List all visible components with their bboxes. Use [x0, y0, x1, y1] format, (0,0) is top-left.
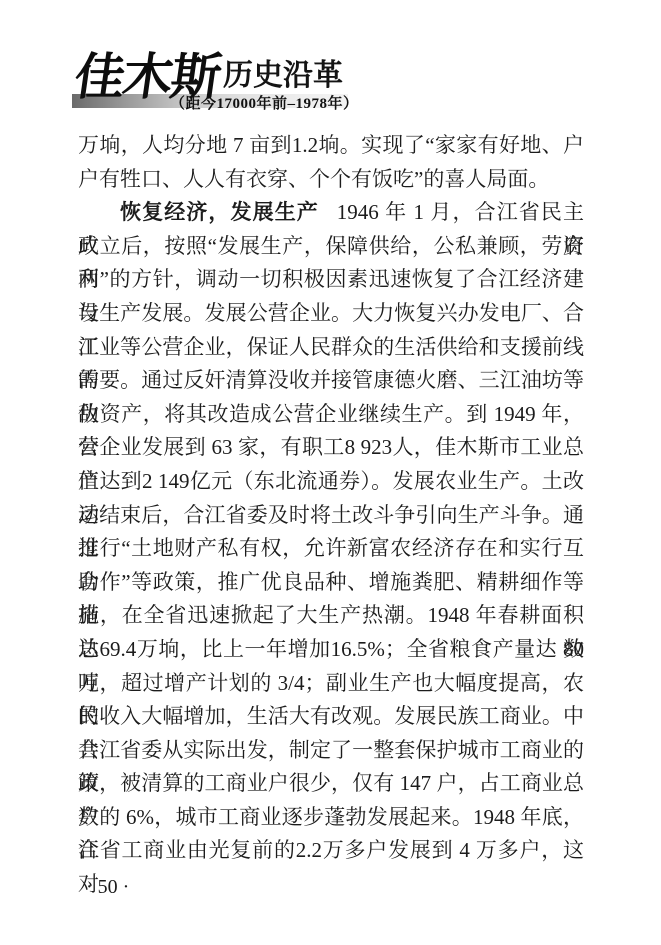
text-line: 数的 6%，城市工商业逐步蓬勃发展起来。1948 年底，合 — [78, 801, 584, 835]
text-line: 施，在全省迅速掀起了大生产热潮。1948 年春耕面积总数 — [78, 599, 584, 633]
text-line: 万垧，人均分地 7 亩到1.2垧。实现了“家家有好地、户 — [78, 129, 584, 163]
text-line: 值达到2 149亿元（东北流通券）。发展农业生产。土改运 — [78, 465, 584, 499]
book-page: 佳木斯 历史沿革 （距今17000年前–1978年） 万垧，人均分地 7 亩到1… — [0, 0, 661, 945]
page-header: 佳木斯 历史沿革 （距今17000年前–1978年） — [75, 46, 584, 109]
text-line: 合作”等政策，推广优良品种、增施粪肥、精耕细作等措 — [78, 566, 584, 600]
text-line: 推行“土地财产私有权，允许新富农经济存在和实行互助 — [78, 532, 584, 566]
text-line: 合江省委从实际出发，制定了一整套保护城市工商业的政 — [78, 734, 584, 768]
text-line: 营企业发展到 63 家，有职工8 923人，佳木斯市工业总产 — [78, 431, 584, 465]
text-line: 需要。通过反奸清算没收并接管康德火磨、三江油坊等敌 — [78, 364, 584, 398]
text-line: 利”的方针，调动一切积极因素迅速恢复了合江经济建设 — [78, 263, 584, 297]
text-line: 与生产发展。发展公营企业。大力恢复兴办发电厂、合江 — [78, 297, 584, 331]
text-line: 达69.4万垧，比上一年增加16.5%；全省粮食产量达 80 万 — [78, 633, 584, 667]
text-line: 工业等公营企业，保证人民群众的生活供给和支援前线的 — [78, 331, 584, 365]
page-number: · 50 · — [86, 876, 661, 899]
text-line: 恢复经济，发展生产1946 年 1 月，合江省民主政府 — [78, 196, 584, 230]
brand-row: 佳木斯 历史沿革 — [75, 46, 584, 102]
text-line: 户有牲口、人人有衣穿、个个有饭吃”的喜人局面。 — [78, 163, 584, 197]
text-line: 吨，超过增产计划的 3/4；副业生产也大幅度提高，农民 — [78, 667, 584, 701]
text-line: 伪资产，将其改造成公营企业继续生产。到 1949 年，公 — [78, 398, 584, 432]
text-line: 动结束后，合江省委及时将土改斗争引向生产斗争。通过 — [78, 499, 584, 533]
body-text: 万垧，人均分地 7 亩到1.2垧。实现了“家家有好地、户 户有牲口、人人有衣穿、… — [78, 129, 584, 868]
brand-title: 历史沿革 — [223, 61, 343, 91]
paragraph-lead-bold: 恢复经济，发展生产 — [120, 200, 319, 224]
text-line: 的收入大幅增加，生活大有改观。发展民族工商业。中共 — [78, 700, 584, 734]
text-line: 策，被清算的工商业户很少，仅有 147 户，占工商业总户 — [78, 767, 584, 801]
text-line: 成立后，按照“发展生产，保障供给，公私兼顾，劳资两 — [78, 230, 584, 264]
text-line: 江省工商业由光复前的2.2万多户发展到 4 万多户，这对 — [78, 834, 584, 868]
brand-calligraphy: 佳木斯 — [71, 52, 222, 102]
